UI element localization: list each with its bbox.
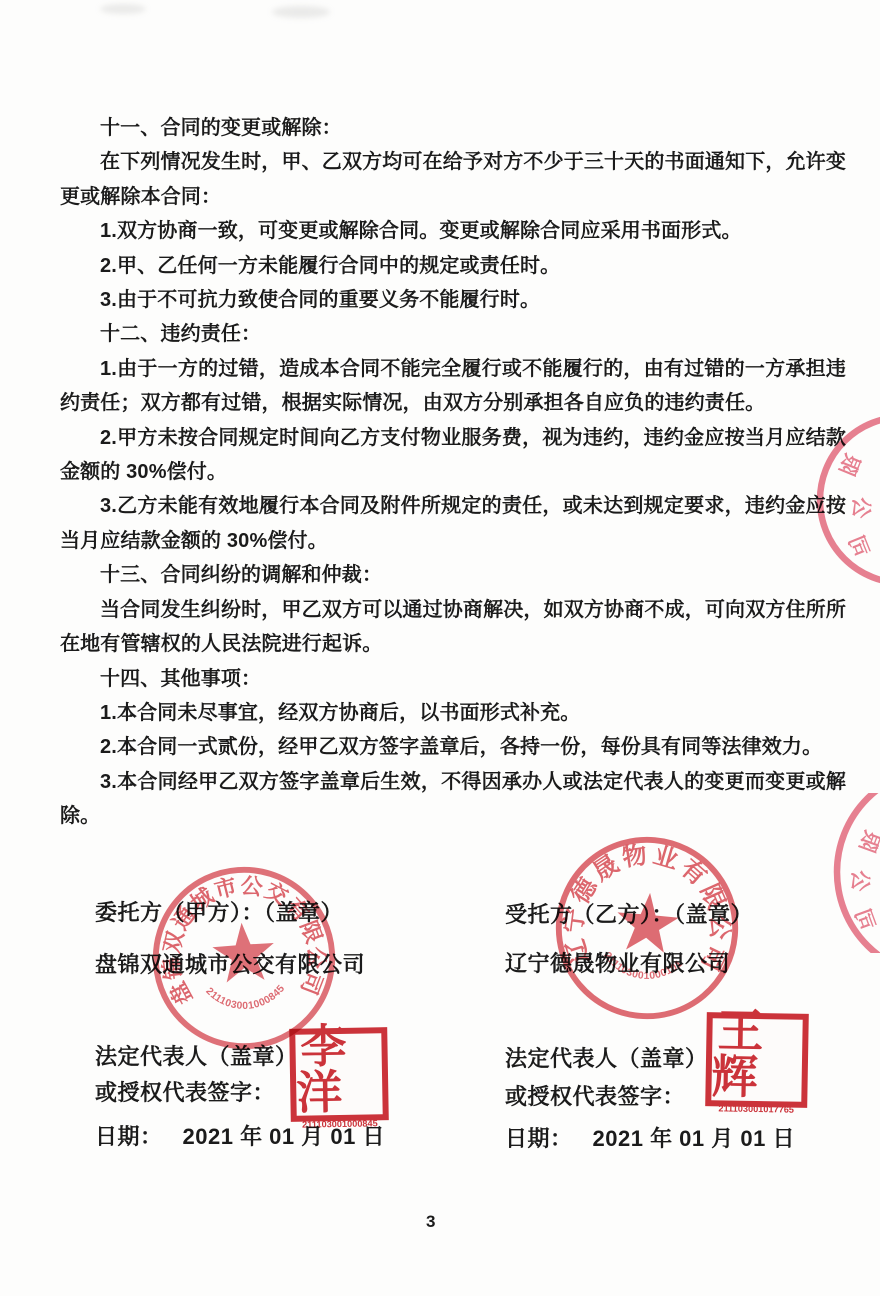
seal-number-text: 211103001000101	[599, 950, 685, 986]
contract-page: 十一、合同的变更或解除： 在下列情况发生时，甲、乙双方均可在给予对方不少于三十天…	[0, 0, 880, 1296]
section-11-item-3: 3.由于不可抗力致使合同的重要义务不能履行时。	[60, 283, 846, 317]
section-11-item-1: 1.双方协商一致，可变更或解除合同。变更或解除合同应采用书面形式。	[60, 214, 846, 248]
party-b-legal-rep: 法定代表人（盖章）	[505, 1042, 708, 1073]
party-b-date-line: 日期：2021 年 01 月 01 日	[505, 1122, 795, 1153]
section-12-item-2: 2.甲方未按合同规定时间向乙方支付物业服务费，视为违约，违约金应按当月应结款金额…	[60, 421, 846, 490]
party-b-sign-label: 或授权代表签字：	[505, 1080, 685, 1111]
bleed-seal-char: 限	[834, 450, 863, 478]
party-b-company-seal: 辽宁德晟物业有限公司 211103001000101	[549, 830, 745, 1026]
party-a-name-stamp: 李洋 211103001000845	[289, 1027, 389, 1122]
section-14-item-3: 3.本合同经甲乙双方签字盖章后生效，不得因承办人或法定代表人的变更而变更或解除。	[60, 765, 846, 834]
name-stamp-text: 李洋	[295, 1022, 383, 1115]
section-14-item-1: 1.本合同未尽事宜，经双方协商后，以书面形式补充。	[60, 696, 846, 730]
svg-text:211103001000845: 211103001000845	[203, 981, 289, 1015]
section-11-intro: 在下列情况发生时，甲、乙双方均可在给予对方不少于三十天的书面通知下，允许变更或解…	[60, 145, 846, 214]
section-14-heading: 十四、其他事项：	[60, 662, 846, 696]
name-stamp-text: 王辉	[711, 1007, 803, 1101]
section-13-body: 当合同发生纠纷时，甲乙双方可以通过协商解决，如双方协商不成，可向双方住所所在地有…	[60, 593, 846, 662]
bleed-seal-arc-lower: 限 公 司	[795, 793, 880, 953]
svg-text:211103001000101: 211103001000101	[599, 950, 685, 986]
party-b-name-stamp: 王辉 211103001017765	[705, 1012, 809, 1108]
section-14-item-2: 2.本合同一式贰份，经甲乙双方签字盖章后，各持一份，每份具有同等法律效力。	[60, 730, 846, 764]
section-11-heading: 十一、合同的变更或解除：	[60, 111, 846, 145]
page-number: 3	[426, 1212, 435, 1232]
bleed-seal-char: 限	[855, 827, 880, 855]
section-11-item-2: 2.甲、乙任何一方未能履行合同中的规定或责任时。	[60, 249, 846, 283]
seal-star-icon	[211, 921, 276, 984]
scan-smudge	[100, 4, 146, 14]
name-stamp-number: 211103001017765	[718, 1104, 794, 1114]
party-a-date-label: 日期：	[95, 1124, 163, 1149]
scan-smudge	[272, 6, 330, 18]
party-a-sign-label: 或授权代表签字：	[95, 1076, 275, 1107]
section-12-item-3: 3.乙方未能有效地履行本合同及附件所规定的责任，或未达到规定要求，违约金应按当月…	[60, 489, 846, 558]
section-12-item-1: 1.由于一方的过错，造成本合同不能完全履行或不能履行的，由有过错的一方承担违约责…	[60, 352, 846, 421]
seal-number-text: 211103001000845	[203, 981, 289, 1015]
name-stamp-number: 211103001000845	[302, 1119, 378, 1129]
section-13-heading: 十三、合同纠纷的调解和仲裁：	[60, 558, 846, 592]
bleed-seal-arc-upper: 限 公 司	[797, 413, 880, 593]
bleed-seal-char: 公	[849, 498, 872, 519]
seal-star-icon	[614, 890, 680, 954]
contract-body: 十一、合同的变更或解除： 在下列情况发生时，甲、乙双方均可在给予对方不少于三十天…	[60, 111, 846, 834]
bleed-seal-char: 司	[843, 533, 872, 561]
party-b-date-value: 2021 年 01 月 01 日	[593, 1126, 795, 1151]
bleed-seal-char: 公	[848, 871, 871, 892]
party-b-date-label: 日期：	[505, 1126, 573, 1151]
section-12-heading: 十二、违约责任：	[60, 317, 846, 351]
